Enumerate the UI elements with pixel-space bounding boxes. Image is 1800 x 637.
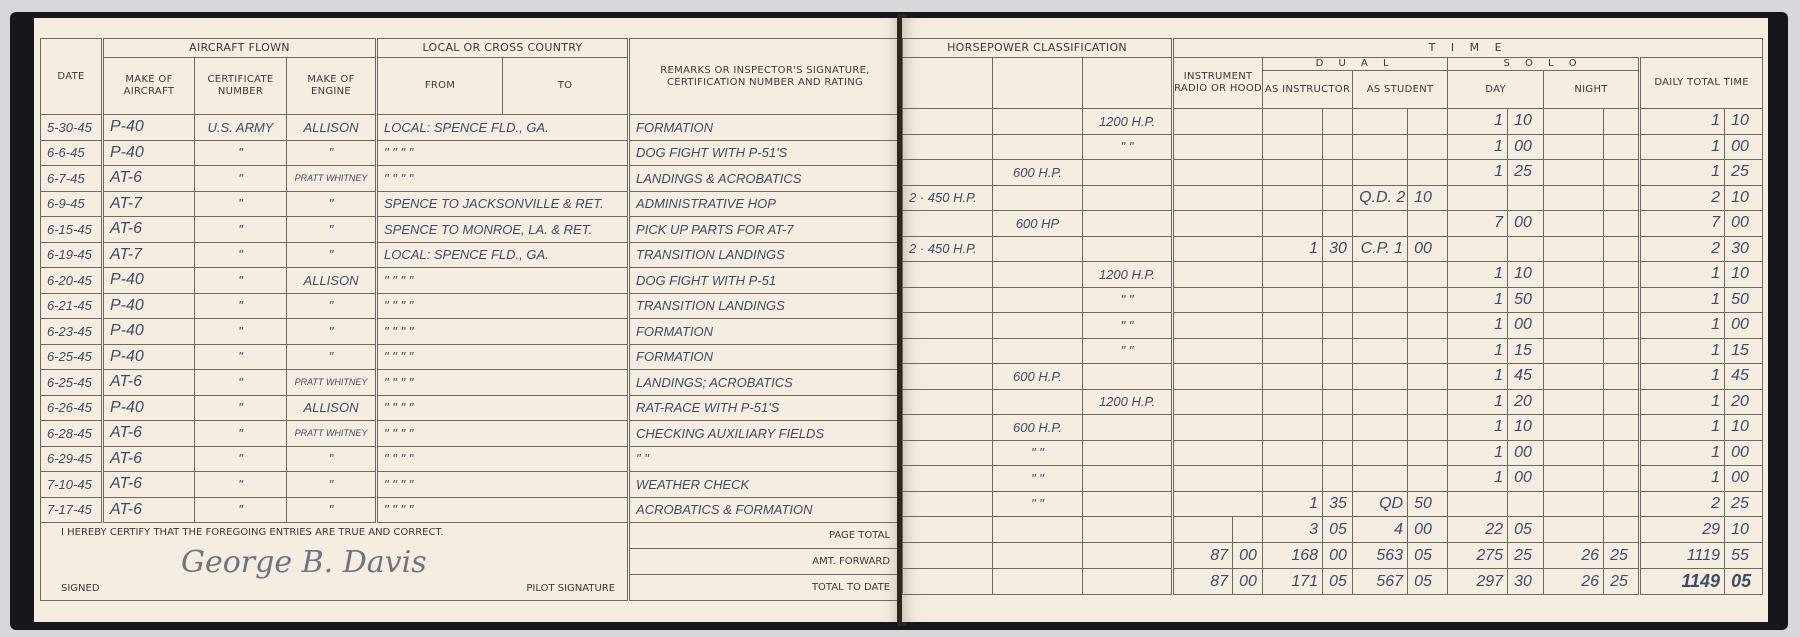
hp-col-3-header bbox=[1083, 58, 1173, 109]
dual-instructor-minutes bbox=[1323, 389, 1353, 415]
solo-day-hours bbox=[1448, 491, 1508, 517]
dual-instructor-hours: 1 bbox=[1263, 491, 1323, 517]
route-from-to: " " " " bbox=[377, 370, 629, 396]
log-date: 6-29-45 bbox=[41, 446, 103, 472]
certificate-number: " bbox=[195, 319, 287, 345]
instrument-time bbox=[1173, 185, 1263, 211]
engine-make: Allison bbox=[287, 268, 377, 294]
route-from-to: " " " " bbox=[377, 319, 629, 345]
solo-day-minutes: 00 bbox=[1508, 440, 1544, 466]
solo-night-hours bbox=[1544, 491, 1604, 517]
time-entry-row: 1200 H.P.110110 bbox=[903, 109, 1763, 135]
solo-night-minutes bbox=[1604, 415, 1640, 441]
hp-600-cell bbox=[993, 134, 1083, 160]
hp-450-cell bbox=[903, 466, 993, 492]
daily-total-hours: 2 bbox=[1640, 185, 1725, 211]
instrument-time bbox=[1173, 466, 1263, 492]
solo-night-hours bbox=[1544, 313, 1604, 339]
dual-instructor-hours bbox=[1263, 109, 1323, 135]
remarks: Landings & Acrobatics bbox=[629, 166, 901, 192]
solo-day-hours: 1 bbox=[1448, 364, 1508, 390]
instrument-time bbox=[1173, 440, 1263, 466]
time-entry-row: " "100100 bbox=[903, 440, 1763, 466]
hp-600-cell bbox=[993, 262, 1083, 288]
route-from-to: " " " " bbox=[377, 166, 629, 192]
aircraft-make: P-40 bbox=[103, 140, 195, 166]
daily-total-minutes: 00 bbox=[1725, 466, 1763, 492]
daily-total-hours: 1 bbox=[1640, 160, 1725, 186]
engine-make: " bbox=[287, 217, 377, 243]
log-date: 6-9-45 bbox=[41, 191, 103, 217]
page-total-label: PAGE TOTAL bbox=[629, 523, 901, 549]
hp-450-cell: 2 · 450 H.P. bbox=[903, 185, 993, 211]
time-entry-row: " "100100 bbox=[903, 134, 1763, 160]
route-from-to: " " " " bbox=[377, 472, 629, 498]
dual-instructor-total-hours: 168 bbox=[1263, 543, 1323, 569]
header-certificate-number: CERTIFICATE NUMBER bbox=[195, 58, 287, 115]
remarks: " " bbox=[629, 446, 901, 472]
header-remarks: REMARKS OR INSPECTOR'S SIGNATURE, CERTIF… bbox=[629, 39, 901, 115]
log-date: 6-21-45 bbox=[41, 293, 103, 319]
dual-student-hours bbox=[1353, 211, 1408, 237]
instrument-total-hours: 87 bbox=[1173, 543, 1233, 569]
hp-1200-cell: 1200 H.P. bbox=[1083, 109, 1173, 135]
time-entry-row: 600 HP700700 bbox=[903, 211, 1763, 237]
hp-450-cell: 2 · 450 H.P. bbox=[903, 236, 993, 262]
instrument-total-hours: 87 bbox=[1173, 569, 1233, 595]
dual-student-total-minutes: 05 bbox=[1408, 543, 1448, 569]
solo-night-hours bbox=[1544, 134, 1604, 160]
hp-1200-cell: " " bbox=[1083, 287, 1173, 313]
solo-night-minutes bbox=[1604, 211, 1640, 237]
hp-450-cell bbox=[903, 313, 993, 339]
time-entry-row: " "150150 bbox=[903, 287, 1763, 313]
solo-night-hours bbox=[1544, 389, 1604, 415]
hp-1200-cell bbox=[1083, 364, 1173, 390]
hp-col-1-header bbox=[903, 58, 993, 109]
log-entry-row: 7-10-45AT-6""" " " "Weather Check bbox=[41, 472, 901, 498]
hp-600-cell bbox=[993, 338, 1083, 364]
solo-day-total-hours: 297 bbox=[1448, 569, 1508, 595]
instrument-time bbox=[1173, 338, 1263, 364]
hp-1200-cell bbox=[1083, 415, 1173, 441]
dual-instructor-minutes bbox=[1323, 109, 1353, 135]
solo-night-minutes bbox=[1604, 313, 1640, 339]
dual-student-minutes bbox=[1408, 440, 1448, 466]
dual-instructor-hours bbox=[1263, 440, 1323, 466]
engine-make: " bbox=[287, 472, 377, 498]
solo-day-total-hours: 22 bbox=[1448, 517, 1508, 543]
aircraft-make: P-40 bbox=[103, 319, 195, 345]
solo-night-minutes bbox=[1604, 491, 1640, 517]
dual-student-hours bbox=[1353, 262, 1408, 288]
hp-600-cell: " " bbox=[993, 466, 1083, 492]
hp-450-cell bbox=[903, 364, 993, 390]
solo-day-minutes: 25 bbox=[1508, 160, 1544, 186]
header-dual: D U A L bbox=[1263, 58, 1448, 71]
hp-450-cell bbox=[903, 415, 993, 441]
solo-night-hours bbox=[1544, 287, 1604, 313]
dual-instructor-hours bbox=[1263, 185, 1323, 211]
dual-student-hours bbox=[1353, 440, 1408, 466]
hp-450-cell bbox=[903, 109, 993, 135]
dual-instructor-minutes bbox=[1323, 364, 1353, 390]
header-time: T I M E bbox=[1173, 39, 1763, 58]
solo-night-minutes bbox=[1604, 338, 1640, 364]
route-from-to: Spence to Monroe, La. & Ret. bbox=[377, 217, 629, 243]
hp-450-cell bbox=[903, 160, 993, 186]
route-from-to: " " " " bbox=[377, 446, 629, 472]
solo-day-total-minutes: 05 bbox=[1508, 517, 1544, 543]
header-local-cross-country: LOCAL OR CROSS COUNTRY bbox=[377, 39, 629, 58]
daily-total-hours: 2 bbox=[1640, 236, 1725, 262]
log-entry-row: 7-17-45AT-6""" " " "Acrobatics & Formati… bbox=[41, 497, 901, 523]
remarks: Checking Auxiliary Fields bbox=[629, 421, 901, 447]
route-from-to: " " " " bbox=[377, 497, 629, 523]
daily-total-hours: 1 bbox=[1640, 415, 1725, 441]
hp-600-cell: " " bbox=[993, 440, 1083, 466]
dual-student-hours bbox=[1353, 389, 1408, 415]
hp-600-cell bbox=[993, 313, 1083, 339]
dual-student-hours bbox=[1353, 287, 1408, 313]
solo-night-hours bbox=[1544, 236, 1604, 262]
aircraft-make: P-40 bbox=[103, 268, 195, 294]
hp-600-cell: 600 H.P. bbox=[993, 160, 1083, 186]
dual-instructor-hours: 1 bbox=[1263, 236, 1323, 262]
solo-night-total-hours: 26 bbox=[1544, 569, 1604, 595]
solo-day-minutes: 10 bbox=[1508, 262, 1544, 288]
blank bbox=[993, 517, 1083, 543]
daily-total-hours: 1 bbox=[1640, 466, 1725, 492]
log-entry-row: 6-26-45P-40"Allison" " " "Rat-race with … bbox=[41, 395, 901, 421]
blank bbox=[993, 569, 1083, 595]
aircraft-make: AT-6 bbox=[103, 446, 195, 472]
dual-instructor-total-minutes: 05 bbox=[1323, 569, 1353, 595]
dual-instructor-hours bbox=[1263, 364, 1323, 390]
instrument-total-minutes bbox=[1233, 517, 1263, 543]
certificate-number: " bbox=[195, 242, 287, 268]
dual-student-minutes bbox=[1408, 134, 1448, 160]
certificate-number: " bbox=[195, 472, 287, 498]
engine-make: Allison bbox=[287, 395, 377, 421]
remarks: Pick up parts for AT-7 bbox=[629, 217, 901, 243]
route-from-to: " " " " bbox=[377, 140, 629, 166]
log-date: 7-10-45 bbox=[41, 472, 103, 498]
dual-instructor-minutes bbox=[1323, 185, 1353, 211]
solo-night-minutes bbox=[1604, 185, 1640, 211]
hp-450-cell bbox=[903, 211, 993, 237]
hp-1200-cell bbox=[1083, 211, 1173, 237]
log-date: 6-20-45 bbox=[41, 268, 103, 294]
certification-block: I HEREBY CERTIFY THAT THE FOREGOING ENTR… bbox=[41, 523, 629, 601]
instrument-time bbox=[1173, 287, 1263, 313]
dual-student-minutes bbox=[1408, 262, 1448, 288]
solo-night-hours bbox=[1544, 262, 1604, 288]
hp-450-cell bbox=[903, 338, 993, 364]
engine-make: Pratt Whitney bbox=[287, 421, 377, 447]
aircraft-make: P-40 bbox=[103, 344, 195, 370]
instrument-total-minutes: 00 bbox=[1233, 569, 1263, 595]
solo-day-hours: 7 bbox=[1448, 211, 1508, 237]
header-make-of-aircraft: MAKE OF AIRCRAFT bbox=[103, 58, 195, 115]
certificate-number: U.S. Army bbox=[195, 115, 287, 141]
solo-day-hours: 1 bbox=[1448, 160, 1508, 186]
log-date: 6-15-45 bbox=[41, 217, 103, 243]
log-date: 6-7-45 bbox=[41, 166, 103, 192]
certificate-number: " bbox=[195, 268, 287, 294]
solo-day-minutes: 15 bbox=[1508, 338, 1544, 364]
dual-student-minutes bbox=[1408, 211, 1448, 237]
daily-total-hours: 1 bbox=[1640, 313, 1725, 339]
dual-student-hours bbox=[1353, 338, 1408, 364]
certificate-number: " bbox=[195, 446, 287, 472]
dual-student-minutes bbox=[1408, 109, 1448, 135]
dual-student-hours bbox=[1353, 160, 1408, 186]
certificate-number: " bbox=[195, 140, 287, 166]
certificate-number: " bbox=[195, 497, 287, 523]
blank bbox=[1083, 569, 1173, 595]
log-entry-row: 6-9-45AT-7""Spence to Jacksonville & Ret… bbox=[41, 191, 901, 217]
engine-make: " bbox=[287, 344, 377, 370]
solo-day-minutes: 10 bbox=[1508, 415, 1544, 441]
log-entry-row: 6-21-45P-40""" " " "Transition Landings bbox=[41, 293, 901, 319]
dual-student-hours: C.P. 1 bbox=[1353, 236, 1408, 262]
page-total-row: 30540022052910 bbox=[903, 517, 1763, 543]
pilot-signature-label: PILOT SIGNATURE bbox=[526, 583, 615, 594]
route-from-to: " " " " bbox=[377, 268, 629, 294]
hp-600-cell: " " bbox=[993, 491, 1083, 517]
daily-total-sum-hours: 1119 bbox=[1640, 543, 1725, 569]
dual-instructor-hours bbox=[1263, 287, 1323, 313]
instrument-time bbox=[1173, 364, 1263, 390]
daily-total-hours: 1 bbox=[1640, 109, 1725, 135]
remarks: Administrative Hop bbox=[629, 191, 901, 217]
daily-total-sum-minutes: 10 bbox=[1725, 517, 1763, 543]
time-entry-row: " "100100 bbox=[903, 466, 1763, 492]
certificate-number: " bbox=[195, 217, 287, 243]
route-from-to: " " " " bbox=[377, 395, 629, 421]
daily-total-hours: 1 bbox=[1640, 134, 1725, 160]
signed-label: SIGNED bbox=[61, 583, 100, 594]
blank bbox=[903, 569, 993, 595]
daily-total-hours: 2 bbox=[1640, 491, 1725, 517]
daily-total-hours: 1 bbox=[1640, 389, 1725, 415]
log-date: 7-17-45 bbox=[41, 497, 103, 523]
hp-1200-cell: " " bbox=[1083, 313, 1173, 339]
engine-make: " bbox=[287, 191, 377, 217]
dual-student-minutes: 50 bbox=[1408, 491, 1448, 517]
aircraft-make: AT-6 bbox=[103, 370, 195, 396]
dual-instructor-hours bbox=[1263, 466, 1323, 492]
certificate-number: " bbox=[195, 395, 287, 421]
solo-day-hours bbox=[1448, 185, 1508, 211]
engine-make: " bbox=[287, 242, 377, 268]
instrument-time bbox=[1173, 160, 1263, 186]
dual-student-hours: QD bbox=[1353, 491, 1408, 517]
certificate-number: " bbox=[195, 344, 287, 370]
hp-1200-cell bbox=[1083, 440, 1173, 466]
flight-log-left-table: DATE AIRCRAFT FLOWN LOCAL OR CROSS COUNT… bbox=[40, 38, 901, 601]
solo-day-hours: 1 bbox=[1448, 109, 1508, 135]
dual-student-minutes bbox=[1408, 338, 1448, 364]
time-entry-row: 600 H.P.145145 bbox=[903, 364, 1763, 390]
hp-600-cell bbox=[993, 389, 1083, 415]
aircraft-make: P-40 bbox=[103, 115, 195, 141]
engine-make: " bbox=[287, 140, 377, 166]
dual-instructor-minutes bbox=[1323, 211, 1353, 237]
daily-total-minutes: 10 bbox=[1725, 109, 1763, 135]
daily-total-hours: 7 bbox=[1640, 211, 1725, 237]
time-entry-row: 600 H.P.125125 bbox=[903, 160, 1763, 186]
solo-day-minutes: 10 bbox=[1508, 109, 1544, 135]
route-from-to: Local: Spence Fld., Ga. bbox=[377, 115, 629, 141]
engine-make: " bbox=[287, 293, 377, 319]
engine-make: " bbox=[287, 497, 377, 523]
dual-instructor-hours bbox=[1263, 313, 1323, 339]
time-entry-row: " "135QD50225 bbox=[903, 491, 1763, 517]
dual-instructor-total-minutes: 05 bbox=[1323, 517, 1353, 543]
aircraft-make: AT-7 bbox=[103, 191, 195, 217]
solo-day-hours: 1 bbox=[1448, 287, 1508, 313]
dual-instructor-total-hours: 171 bbox=[1263, 569, 1323, 595]
route-from-to: " " " " bbox=[377, 293, 629, 319]
daily-total-minutes: 00 bbox=[1725, 313, 1763, 339]
dual-student-minutes: 00 bbox=[1408, 236, 1448, 262]
dual-student-total-hours: 567 bbox=[1353, 569, 1408, 595]
total-to-date-label: TOTAL TO DATE bbox=[629, 575, 901, 601]
hp-600-cell: 600 H.P. bbox=[993, 415, 1083, 441]
dual-instructor-minutes bbox=[1323, 262, 1353, 288]
daily-total-hours: 1 bbox=[1640, 338, 1725, 364]
dual-instructor-minutes: 30 bbox=[1323, 236, 1353, 262]
blank bbox=[903, 543, 993, 569]
log-date: 6-25-45 bbox=[41, 344, 103, 370]
route-from-to: " " " " bbox=[377, 421, 629, 447]
solo-day-hours: 1 bbox=[1448, 262, 1508, 288]
header-to: TO bbox=[503, 58, 629, 115]
daily-total-sum-minutes: 55 bbox=[1725, 543, 1763, 569]
log-date: 6-26-45 bbox=[41, 395, 103, 421]
instrument-time bbox=[1173, 313, 1263, 339]
log-entry-row: 6-20-45P-40"Allison" " " "Dog Fight with… bbox=[41, 268, 901, 294]
certificate-number: " bbox=[195, 166, 287, 192]
daily-total-sum-minutes: 05 bbox=[1725, 569, 1763, 595]
solo-day-total-hours: 275 bbox=[1448, 543, 1508, 569]
solo-night-minutes bbox=[1604, 287, 1640, 313]
solo-day-minutes bbox=[1508, 491, 1544, 517]
header-horsepower: HORSEPOWER CLASSIFICATION bbox=[903, 39, 1173, 58]
solo-night-hours bbox=[1544, 338, 1604, 364]
blank bbox=[993, 543, 1083, 569]
flight-log-right-table: HORSEPOWER CLASSIFICATION T I M E INSTRU… bbox=[902, 38, 1763, 595]
solo-night-hours bbox=[1544, 364, 1604, 390]
right-page: HORSEPOWER CLASSIFICATION T I M E INSTRU… bbox=[902, 18, 1768, 622]
dual-student-minutes bbox=[1408, 364, 1448, 390]
daily-total-hours: 1 bbox=[1640, 364, 1725, 390]
log-entry-row: 6-25-45P-40""" " " "Formation bbox=[41, 344, 901, 370]
dual-student-hours bbox=[1353, 466, 1408, 492]
aircraft-make: P-40 bbox=[103, 395, 195, 421]
instrument-time bbox=[1173, 109, 1263, 135]
hp-450-cell bbox=[903, 389, 993, 415]
solo-night-minutes bbox=[1604, 364, 1640, 390]
header-solo: S O L O bbox=[1448, 58, 1640, 71]
hp-1200-cell bbox=[1083, 185, 1173, 211]
solo-night-minutes bbox=[1604, 440, 1640, 466]
hp-1200-cell bbox=[1083, 491, 1173, 517]
hp-600-cell bbox=[993, 236, 1083, 262]
log-entry-row: 6-23-45P-40""" " " "Formation bbox=[41, 319, 901, 345]
dual-instructor-minutes bbox=[1323, 440, 1353, 466]
solo-day-minutes: 00 bbox=[1508, 313, 1544, 339]
time-entry-row: 600 H.P.110110 bbox=[903, 415, 1763, 441]
daily-total-hours: 1 bbox=[1640, 440, 1725, 466]
solo-night-minutes bbox=[1604, 466, 1640, 492]
route-from-to: " " " " bbox=[377, 344, 629, 370]
certificate-number: " bbox=[195, 293, 287, 319]
certificate-number: " bbox=[195, 191, 287, 217]
dual-student-minutes bbox=[1408, 160, 1448, 186]
dual-student-total-hours: 563 bbox=[1353, 543, 1408, 569]
daily-total-minutes: 45 bbox=[1725, 364, 1763, 390]
remarks: Formation bbox=[629, 319, 901, 345]
amt-forward-row: 87001680056305275252625111955 bbox=[903, 543, 1763, 569]
solo-day-hours: 1 bbox=[1448, 338, 1508, 364]
instrument-time bbox=[1173, 491, 1263, 517]
dual-student-minutes bbox=[1408, 389, 1448, 415]
daily-total-minutes: 00 bbox=[1725, 440, 1763, 466]
solo-night-minutes bbox=[1604, 160, 1640, 186]
time-entry-row: 1200 H.P.120120 bbox=[903, 389, 1763, 415]
dual-student-total-minutes: 05 bbox=[1408, 569, 1448, 595]
dual-instructor-minutes bbox=[1323, 338, 1353, 364]
solo-night-minutes bbox=[1604, 109, 1640, 135]
solo-night-hours bbox=[1544, 109, 1604, 135]
engine-make: Pratt Whitney bbox=[287, 166, 377, 192]
solo-night-hours bbox=[1544, 466, 1604, 492]
hp-600-cell bbox=[993, 287, 1083, 313]
dual-instructor-minutes: 35 bbox=[1323, 491, 1353, 517]
log-date: 6-19-45 bbox=[41, 242, 103, 268]
dual-instructor-total-hours: 3 bbox=[1263, 517, 1323, 543]
daily-total-minutes: 20 bbox=[1725, 389, 1763, 415]
time-entry-row: " "115115 bbox=[903, 338, 1763, 364]
daily-total-minutes: 15 bbox=[1725, 338, 1763, 364]
hp-450-cell bbox=[903, 262, 993, 288]
hp-600-cell: 600 HP bbox=[993, 211, 1083, 237]
aircraft-make: AT-6 bbox=[103, 472, 195, 498]
solo-night-hours bbox=[1544, 415, 1604, 441]
dual-student-minutes bbox=[1408, 287, 1448, 313]
hp-450-cell bbox=[903, 440, 993, 466]
engine-make: " bbox=[287, 446, 377, 472]
aircraft-make: AT-6 bbox=[103, 217, 195, 243]
solo-night-hours bbox=[1544, 160, 1604, 186]
header-from: FROM bbox=[377, 58, 503, 115]
hp-1200-cell bbox=[1083, 466, 1173, 492]
dual-instructor-hours bbox=[1263, 389, 1323, 415]
instrument-total-hours bbox=[1173, 517, 1233, 543]
dual-instructor-minutes bbox=[1323, 415, 1353, 441]
log-date: 6-6-45 bbox=[41, 140, 103, 166]
daily-total-hours: 1 bbox=[1640, 287, 1725, 313]
solo-night-total-hours bbox=[1544, 517, 1604, 543]
solo-day-minutes: 00 bbox=[1508, 134, 1544, 160]
solo-night-hours bbox=[1544, 440, 1604, 466]
total-to-date-row: 87001710556705297302625114905 bbox=[903, 569, 1763, 595]
instrument-time bbox=[1173, 415, 1263, 441]
solo-day-minutes: 45 bbox=[1508, 364, 1544, 390]
